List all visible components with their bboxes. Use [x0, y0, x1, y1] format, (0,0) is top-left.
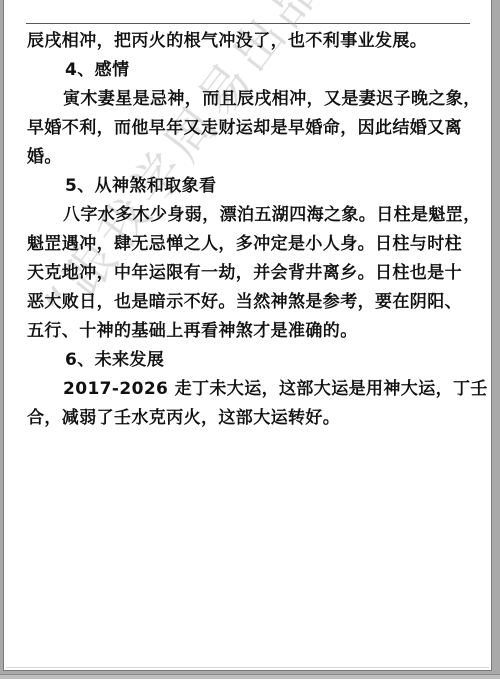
text-line: 婚。 — [27, 143, 473, 172]
header-rule — [26, 23, 470, 24]
text-line: 寅木妻星是忌神，而且辰戌相冲，又是妻迟子晚之象， — [27, 85, 473, 114]
document-body: 辰戌相冲，把丙火的根气冲没了，也不利事业发展。 4、感情 寅木妻星是忌神，而且辰… — [27, 27, 473, 433]
text-line: 魁罡遇冲，肆无忌惮之人，多冲定是小人身。日柱与时柱 — [27, 230, 473, 259]
text-line: 五行、十神的基础上再看神煞才是准确的。 — [27, 317, 473, 346]
next-page-edge — [0, 674, 500, 679]
section-heading-future: 6、未来发展 — [27, 346, 473, 375]
text-line: 辰戌相冲，把丙火的根气冲没了，也不利事业发展。 — [27, 27, 473, 56]
section-heading-relationship: 4、感情 — [27, 56, 473, 85]
text-line: 恶大败日，也是暗示不好。当然神煞是参考，要在阴阳、 — [27, 288, 473, 317]
section-heading-shensha: 5、从神煞和取象看 — [27, 172, 473, 201]
text-line: 2017-2026 走丁未大运，这部大运是用神大运，丁壬 — [27, 375, 473, 404]
page-edge — [6, 667, 489, 668]
text-line: 合，减弱了壬水克丙火，这部大运转好。 — [27, 404, 473, 433]
document-page: “跟我学周易出品 辰戌相冲，把丙火的根气冲没了，也不利事业发展。 4、感情 寅木… — [3, 0, 492, 671]
text-line: 八字水多木少身弱，漂泊五湖四海之象。日柱是魁罡， — [27, 201, 473, 230]
document-viewport: “跟我学周易出品 辰戌相冲，把丙火的根气冲没了，也不利事业发展。 4、感情 寅木… — [0, 0, 500, 679]
text-line: 天克地冲，中年运限有一劫，并会背井离乡。日柱也是十 — [27, 259, 473, 288]
text-line: 早婚不利，而他早年又走财运却是早婚命，因此结婚又离 — [27, 114, 473, 143]
